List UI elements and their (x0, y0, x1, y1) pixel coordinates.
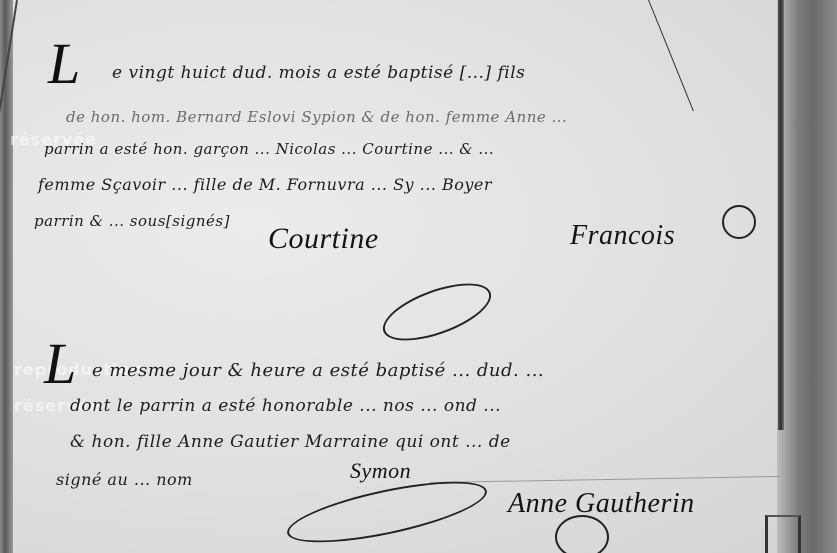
signature-flourish (376, 272, 498, 352)
page-stub (765, 515, 801, 553)
entry-2-line-2: dont le parrin a esté honorable ... nos … (70, 396, 501, 416)
signature-symon: Symon (350, 458, 411, 484)
entry-1-line-5: parrin & ... sous[signés] (34, 212, 230, 230)
signature-mark (555, 515, 609, 553)
page-fold (778, 0, 784, 430)
entry-1-initial: L (48, 30, 80, 97)
signature-courtine: Courtine (268, 222, 379, 256)
entry-1-line-2: de hon. hom. Bernard Eslovi Sypion & de … (66, 108, 567, 126)
entry-2-line-1: e mesme jour & heure a esté baptisé ... … (92, 360, 544, 381)
page-torn-edge (777, 0, 837, 553)
entry-1-line-3: parrin a esté hon. garçon ... Nicolas ..… (44, 140, 494, 158)
ruled-diagonal-line (648, 0, 694, 111)
entry-2-line-3: & hon. fille Anne Gautier Marraine qui o… (70, 432, 511, 452)
entry-1-line-4: femme Sçavoir ... fille de M. Fornuvra .… (38, 175, 492, 194)
entry-2-line-4: signé au ... nom (56, 470, 193, 489)
signature-francois: Francois (570, 220, 675, 252)
faint-rule-line (430, 476, 780, 483)
register-page: réservée reproduction réservée L e vingt… (0, 0, 837, 553)
signature-anne-gautherin: Anne Gautherin (508, 488, 695, 520)
entry-2-initial: L (44, 330, 76, 397)
entry-1-line-1: e vingt huict dud. mois a esté baptisé [… (112, 63, 525, 83)
signature-mark (722, 205, 756, 239)
